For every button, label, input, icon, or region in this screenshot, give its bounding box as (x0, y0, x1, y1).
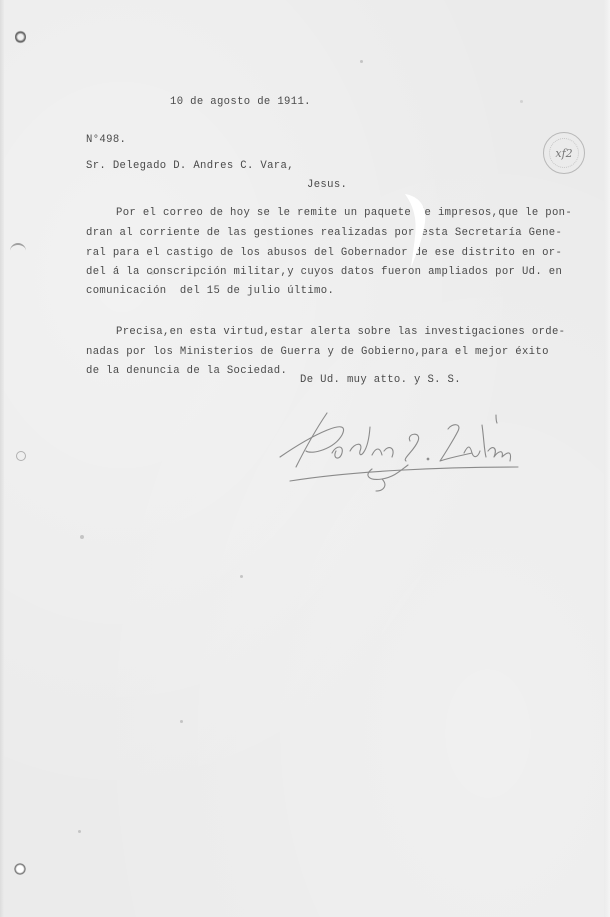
paragraph-2-line: Precisa,en esta virtud,estar alerta sobr… (116, 326, 565, 338)
date-line: 10 de agosto de 1911. (170, 96, 311, 108)
paper-speck (520, 100, 523, 103)
paper-speck (78, 830, 81, 833)
library-stamp: xf2 (543, 132, 585, 174)
paper-tear-mark (403, 192, 429, 270)
paragraph-1-line: ral para el castigo de los abusos del Go… (86, 247, 562, 259)
paper-speck (240, 575, 243, 578)
closing-line: De Ud. muy atto. y S. S. (300, 374, 461, 386)
punch-hole-top (15, 30, 26, 44)
reference-number: N°498. (86, 134, 126, 146)
paper-speck (80, 535, 84, 539)
paragraph-1-line: comunicación del 15 de julio último. (86, 285, 334, 297)
paper-speck (360, 60, 363, 63)
handwritten-signature (272, 405, 522, 495)
margin-mark (16, 451, 26, 461)
paragraph-1-line: del á la conscripción militar,y cuyos da… (86, 266, 562, 278)
paragraph-2-line: nadas por los Ministerios de Guerra y de… (86, 346, 549, 358)
stamp-number: xf2 (555, 148, 572, 159)
paper-speck (180, 720, 183, 723)
punch-hole-bottom (14, 863, 26, 875)
margin-mark (10, 243, 26, 251)
paragraph-1-line: dran al corriente de las gestiones reali… (86, 227, 562, 239)
page-right-edge (604, 0, 610, 917)
paragraph-2-line: de la denuncia de la Sociedad. (86, 365, 287, 377)
addressee-line: Sr. Delegado D. Andres C. Vara, (86, 160, 294, 172)
page-left-edge (0, 0, 4, 917)
paragraph-1-line: Por el correo de hoy se le remite un paq… (116, 207, 572, 219)
city-line: Jesus. (307, 179, 347, 191)
scanned-page: xf2 10 de agosto de 1911. N°498. Sr. Del… (0, 0, 610, 917)
